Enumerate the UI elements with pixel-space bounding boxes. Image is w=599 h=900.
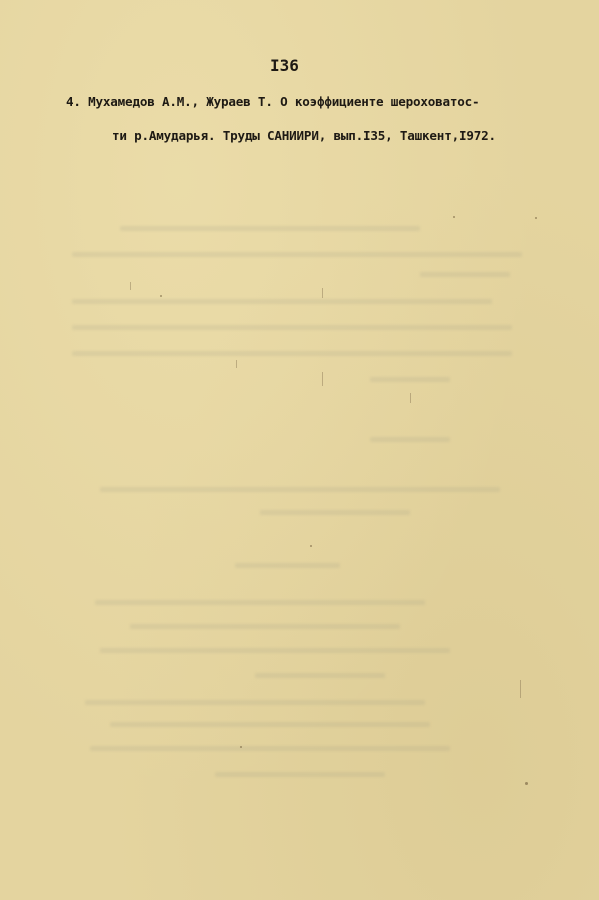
reference-line-1: 4. Мухамедов А.М., Жураев Т. О коэффицие…	[66, 94, 479, 109]
page-number: I36	[270, 56, 299, 75]
document-page: I36 4. Мухамедов А.М., Жураев Т. О коэфф…	[0, 0, 599, 900]
reference-line-2: ти р.Амударья. Труды САНИИРИ, вып.I35, Т…	[112, 128, 496, 143]
